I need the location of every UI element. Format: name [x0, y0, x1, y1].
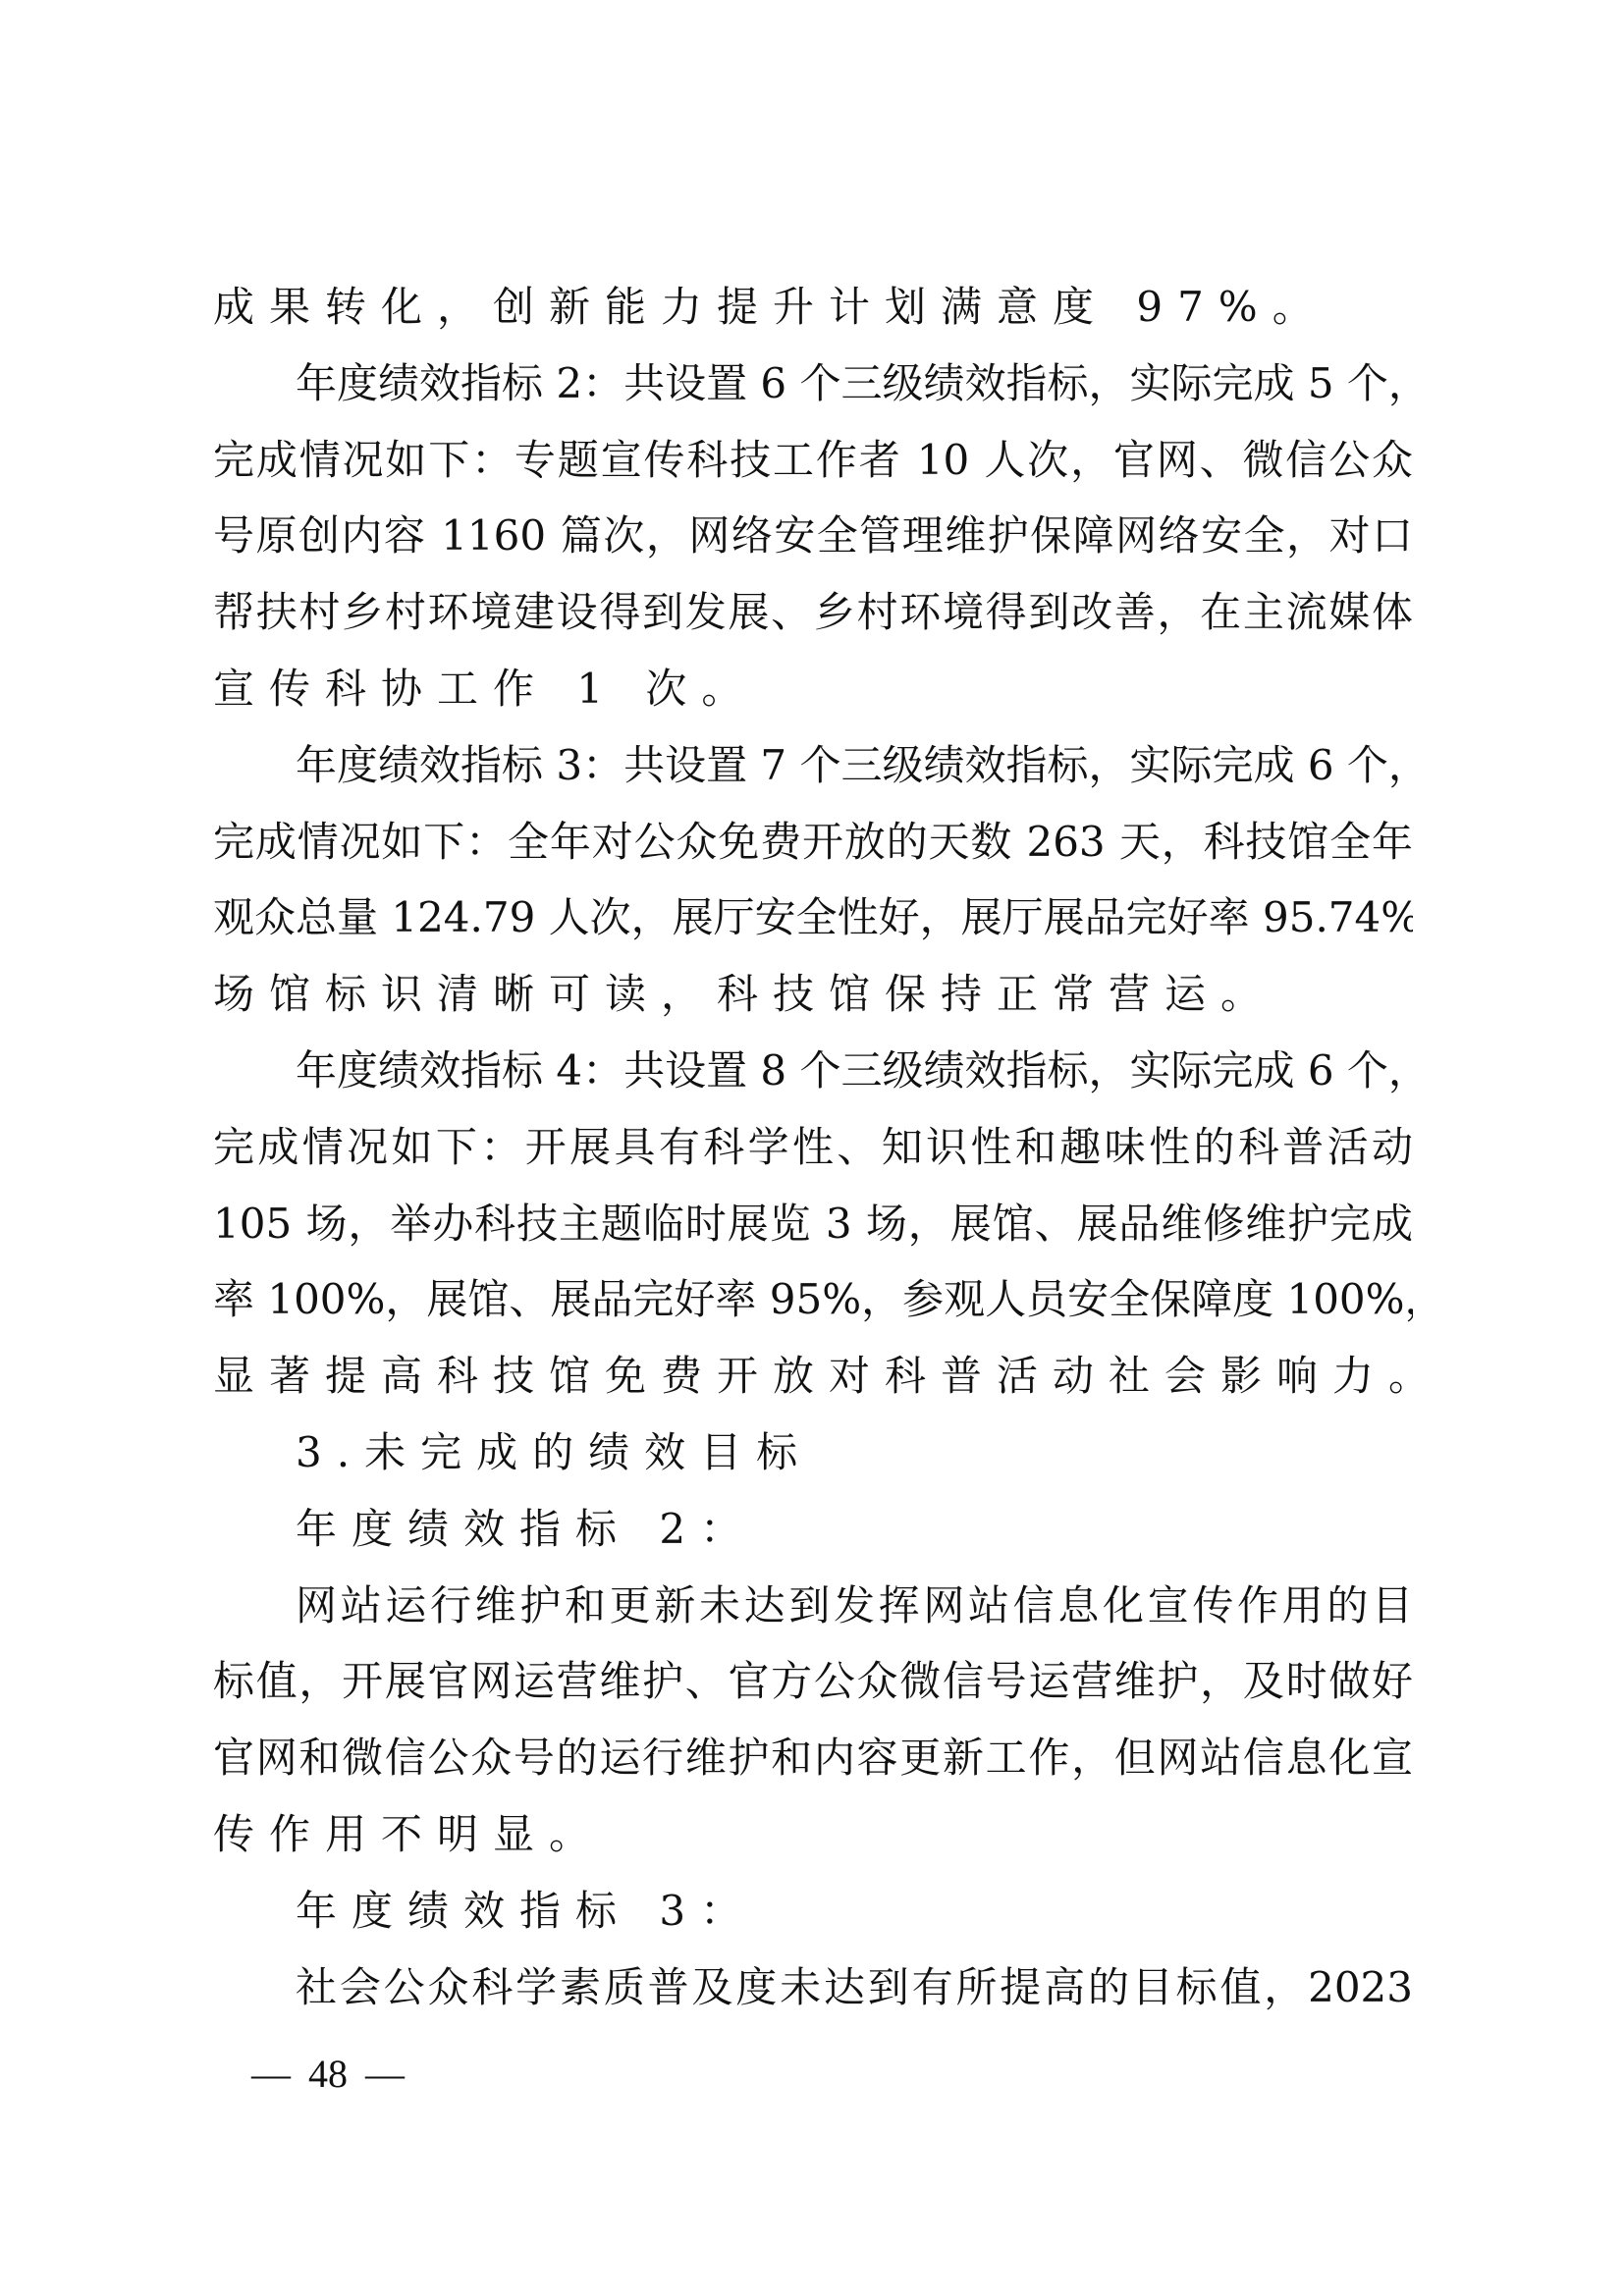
- indicator-label: 年度绩效指标 3：: [213, 1882, 1413, 1958]
- paragraph-line: 成果转化，创新能力提升计划满意度 97%。: [213, 278, 1413, 354]
- paragraph-line: 社会公众科学素质普及度未达到有所提高的目标值，2023: [213, 1958, 1413, 2035]
- paragraph-line: 年度绩效指标 4：共设置 8 个三级绩效指标，实际完成 6 个，: [213, 1041, 1413, 1118]
- indicator-label: 年度绩效指标 2：: [213, 1500, 1413, 1576]
- paragraph-line: 号原创内容 1160 篇次，网络安全管理维护保障网络安全，对口: [213, 507, 1413, 583]
- document-page: 成果转化，创新能力提升计划满意度 97%。 年度绩效指标 2：共设置 6 个三级…: [0, 0, 1624, 2296]
- paragraph-line: 帮扶村乡村环境建设得到发展、乡村环境得到改善，在主流媒体: [213, 583, 1413, 660]
- section-heading: 3.未完成的绩效目标: [213, 1423, 1413, 1500]
- paragraph-line: 完成情况如下：开展具有科学性、知识性和趣味性的科普活动: [213, 1118, 1413, 1195]
- paragraph-line: 官网和微信公众号的运行维护和内容更新工作，但网站信息化宣: [213, 1729, 1413, 1805]
- paragraph-line: 年度绩效指标 2：共设置 6 个三级绩效指标，实际完成 5 个，: [213, 354, 1413, 431]
- paragraph-line: 网站运行维护和更新未达到发挥网站信息化宣传作用的目: [213, 1576, 1413, 1653]
- body-text: 成果转化，创新能力提升计划满意度 97%。 年度绩效指标 2：共设置 6 个三级…: [213, 278, 1413, 2034]
- paragraph-line: 完成情况如下：全年对公众免费开放的天数 263 天，科技馆全年: [213, 813, 1413, 889]
- paragraph-line: 105 场，举办科技主题临时展览 3 场，展馆、展品维修维护完成: [213, 1195, 1413, 1271]
- page-number: — 48 —: [251, 2050, 405, 2099]
- paragraph-line: 场馆标识清晰可读，科技馆保持正常营运。: [213, 965, 1413, 1041]
- paragraph-line: 观众总量 124.79 人次，展厅安全性好，展厅展品完好率 95.74%，: [213, 888, 1413, 965]
- paragraph-line: 传作用不明显。: [213, 1805, 1413, 1882]
- paragraph-line: 显著提高科技馆免费开放对科普活动社会影响力。: [213, 1347, 1413, 1423]
- paragraph-line: 率 100%，展馆、展品完好率 95%，参观人员安全保障度 100%，: [213, 1270, 1413, 1347]
- paragraph-line: 年度绩效指标 3：共设置 7 个三级绩效指标，实际完成 6 个，: [213, 736, 1413, 813]
- paragraph-line: 标值，开展官网运营维护、官方公众微信号运营维护，及时做好: [213, 1652, 1413, 1729]
- paragraph-line: 完成情况如下：专题宣传科技工作者 10 人次，官网、微信公众: [213, 431, 1413, 507]
- paragraph-line: 宣传科协工作 1 次。: [213, 660, 1413, 736]
